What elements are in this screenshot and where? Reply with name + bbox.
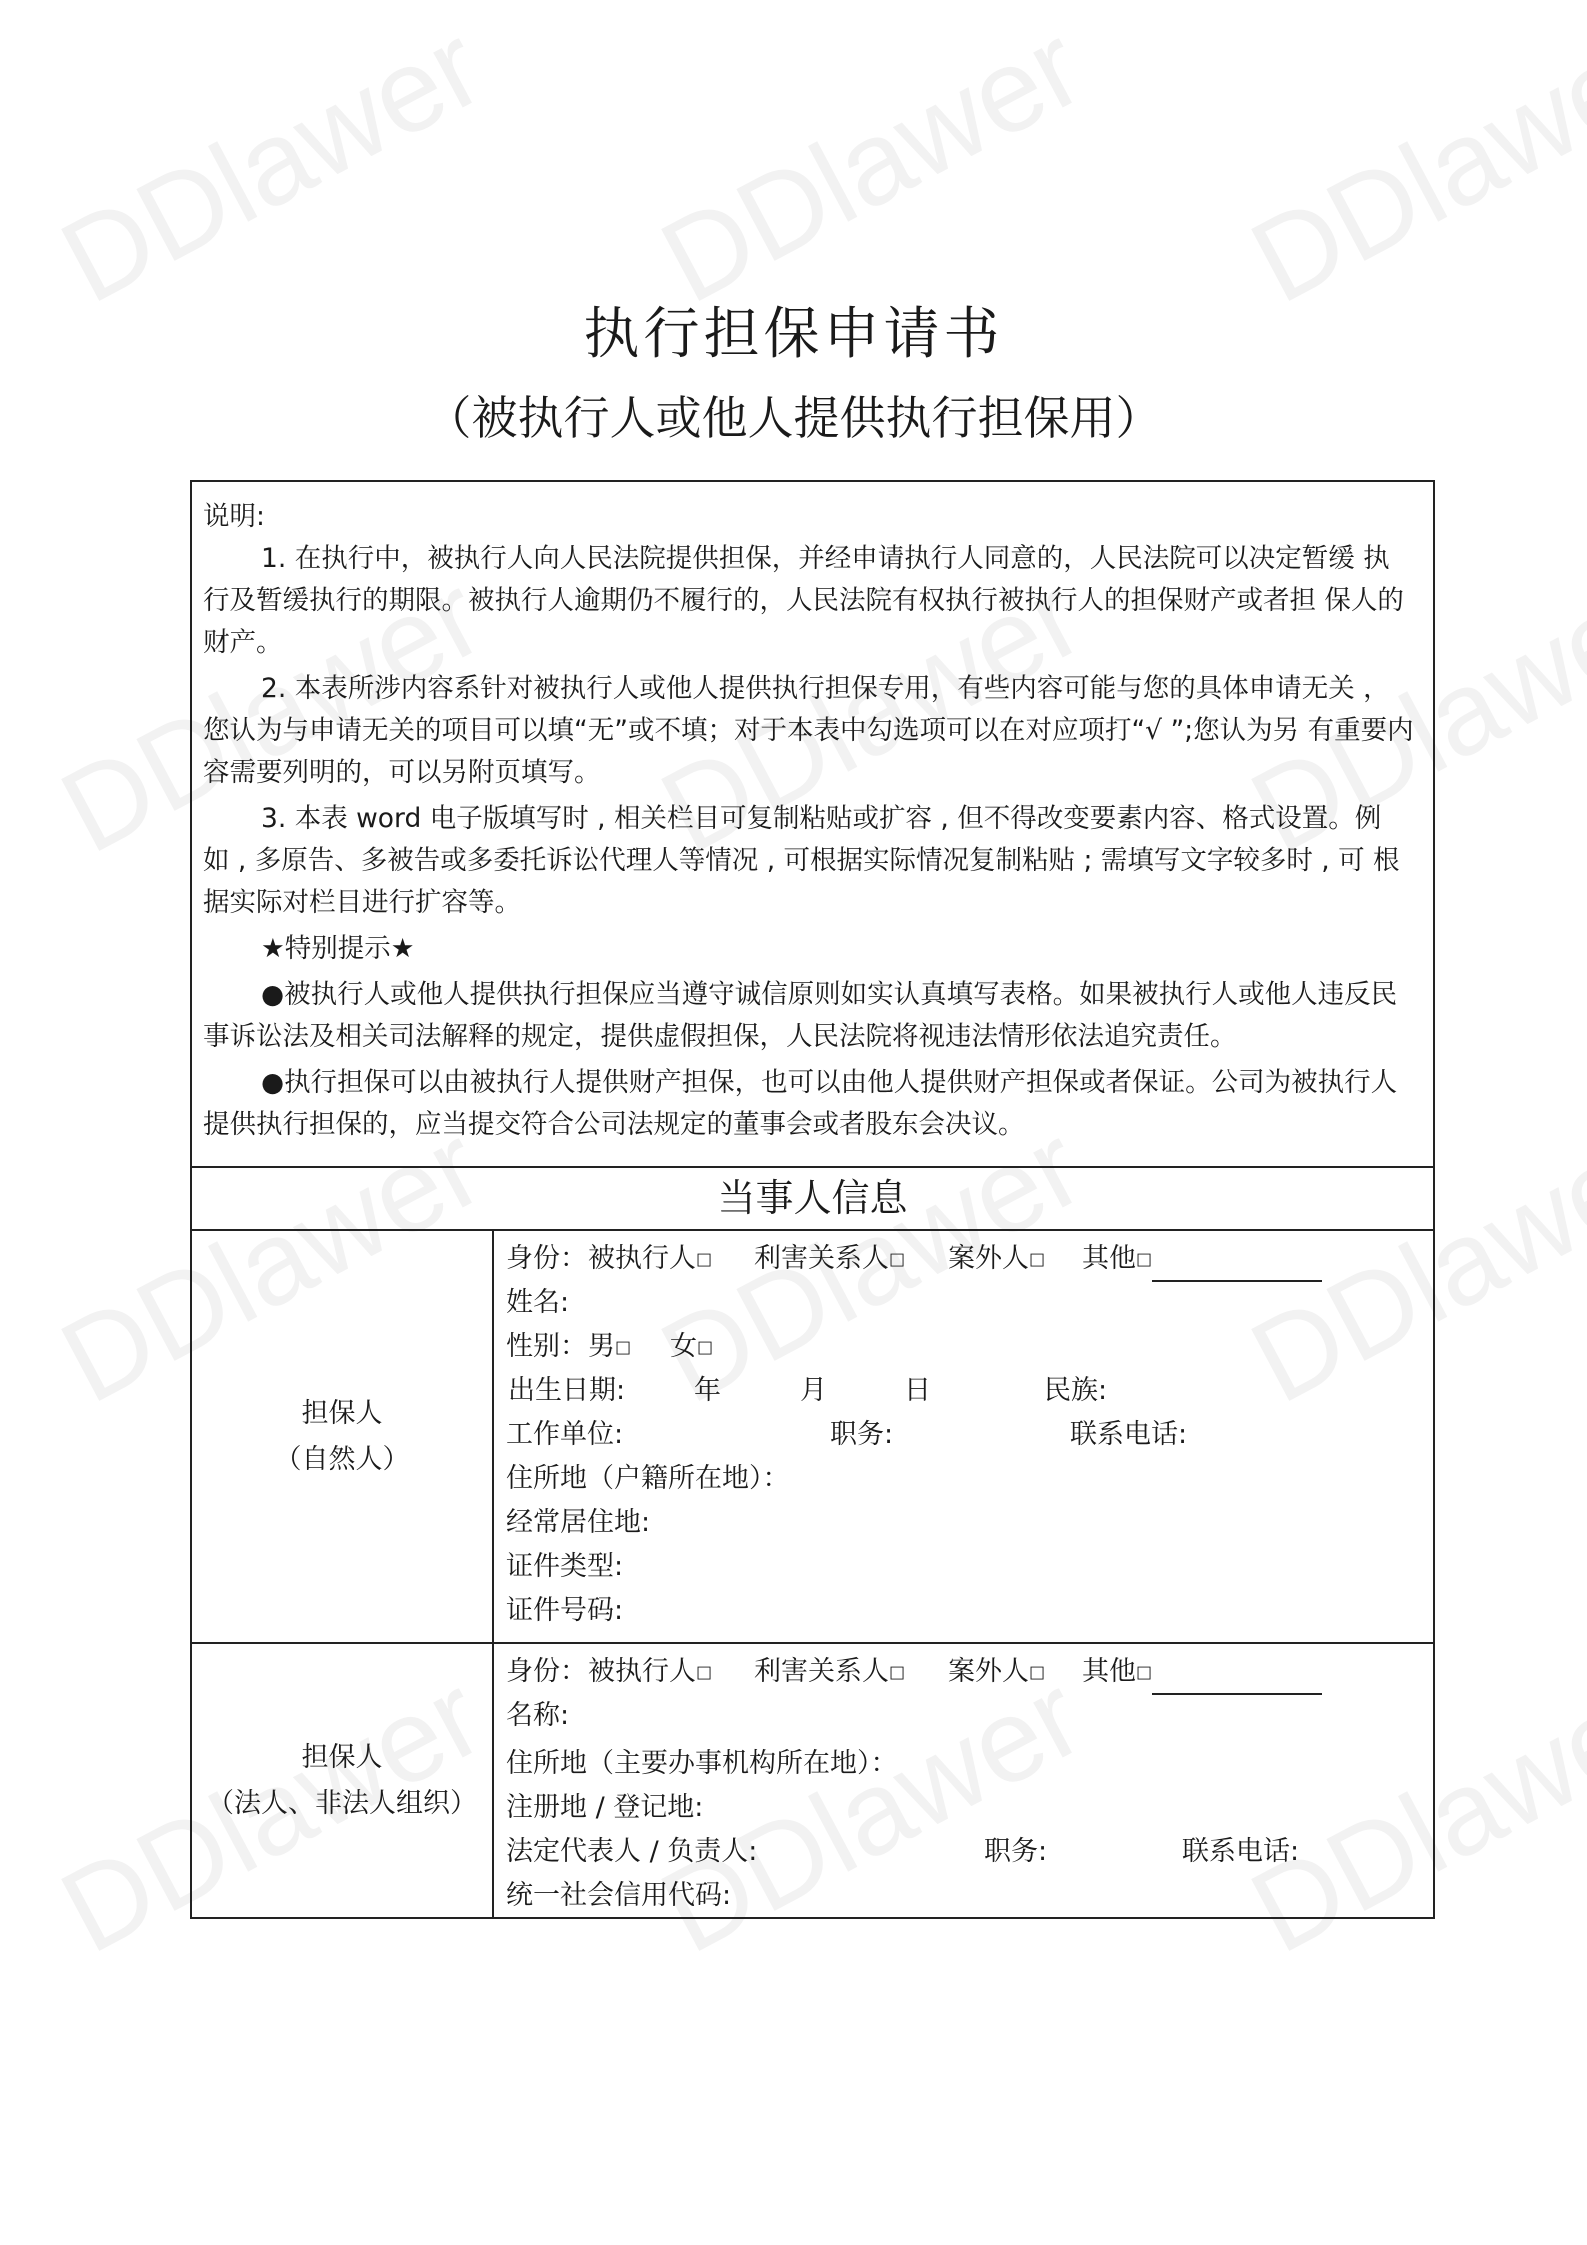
instruction-item: 2. 本表所涉内容系针对被执行人或他人提供执行担保专用，有些内容可能与您的具体申… <box>203 668 1415 794</box>
gender-field: 性别： 男□ 女□ <box>506 1325 1433 1369</box>
registered-place-label: 注册地 / 登记地: <box>506 1786 703 1830</box>
checkbox-icon[interactable]: □ <box>889 1663 905 1683</box>
watermark: DDlawer <box>1230 0 1587 330</box>
birth-date-label: 出生日期: <box>508 1369 625 1413</box>
employer-label: 工作单位: <box>506 1413 623 1457</box>
org-domicile-label: 住所地（主要办事机构所在地）： <box>506 1742 898 1786</box>
domicile-label: 住所地（户籍所在地）： <box>506 1457 790 1501</box>
checkbox-icon[interactable]: □ <box>697 1338 713 1358</box>
special-notice-heading: ★特别提示★ <box>203 928 1415 970</box>
watermark: DDlawer <box>640 0 1103 330</box>
watermark: DDlawer <box>40 0 503 330</box>
credit-code-label: 统一社会信用代码: <box>506 1874 731 1918</box>
checkbox-icon[interactable]: □ <box>696 1250 712 1270</box>
phone-label: 联系电话: <box>1070 1413 1187 1457</box>
residence-label: 经常居住地: <box>506 1501 650 1545</box>
identity-label: 身份： <box>506 1650 587 1694</box>
checkbox-icon[interactable]: □ <box>1029 1250 1045 1270</box>
id-type-label: 证件类型: <box>506 1545 623 1589</box>
identity-option-interested-party[interactable]: 利害关系人□ <box>754 1237 905 1282</box>
identity-field: 身份： 被执行人□ 利害关系人□ 案外人□ 其他□ <box>506 1237 1433 1281</box>
checkbox-icon[interactable]: □ <box>1136 1250 1152 1270</box>
option-label: 案外人 <box>948 1656 1029 1687</box>
guarantor-type-label: （法人、非法人组织） <box>207 1781 477 1827</box>
identity-option-judgment-debtor[interactable]: 被执行人□ <box>588 1650 712 1695</box>
checkbox-icon[interactable]: □ <box>696 1663 712 1683</box>
option-label: 利害关系人 <box>754 1656 889 1687</box>
checkbox-icon[interactable]: □ <box>1136 1663 1152 1683</box>
special-notice-item: ●执行担保可以由被执行人提供财产担保，也可以由他人提供财产担保或者保证。公司为被… <box>203 1062 1415 1146</box>
option-label: 女 <box>670 1331 697 1362</box>
name-field[interactable]: 姓名: <box>506 1281 1433 1325</box>
org-domicile-field[interactable]: 住所地（主要办事机构所在地）： <box>506 1742 1433 1786</box>
gender-option-male[interactable]: 男□ <box>588 1325 631 1370</box>
identity-option-outsider[interactable]: 案外人□ <box>948 1237 1045 1282</box>
document-title: 执行担保申请书 <box>0 290 1587 370</box>
ethnicity-label: 民族: <box>1044 1369 1107 1413</box>
legal-person-guarantor-row: 担保人 （法人、非法人组织） 身份： 被执行人□ 利害关系人□ 案外人□ 其他□… <box>192 1644 1433 1917</box>
option-label: 被执行人 <box>588 1656 696 1687</box>
special-notice-item: ●被执行人或他人提供执行担保应当遵守诚信原则如实认真填写表格。如果被执行人或他人… <box>203 974 1415 1058</box>
instruction-item: 1. 在执行中，被执行人向人民法院提供担保，并经申请执行人同意的，人民法院可以决… <box>203 538 1415 664</box>
org-name-field[interactable]: 名称: <box>506 1694 1433 1738</box>
legal-person-fields: 身份： 被执行人□ 利害关系人□ 案外人□ 其他□ 名称: 住所地（主要办事机构… <box>494 1644 1433 1917</box>
identity-field: 身份： 被执行人□ 利害关系人□ 案外人□ 其他□ <box>506 1650 1433 1694</box>
natural-person-fields: 身份： 被执行人□ 利害关系人□ 案外人□ 其他□ 姓名: 性别： 男□ 女□ … <box>494 1231 1433 1642</box>
id-type-field[interactable]: 证件类型: <box>506 1545 1433 1589</box>
identity-option-other[interactable]: 其他□ <box>1082 1650 1322 1695</box>
identity-label: 身份： <box>506 1237 587 1281</box>
id-number-label: 证件号码: <box>506 1589 623 1633</box>
gender-label: 性别： <box>506 1325 587 1369</box>
representative-field[interactable]: 法定代表人 / 负责人: 职务: 联系电话: <box>506 1830 1433 1874</box>
identity-option-other[interactable]: 其他□ <box>1082 1237 1322 1282</box>
identity-option-judgment-debtor[interactable]: 被执行人□ <box>588 1237 712 1282</box>
option-label: 其他 <box>1082 1243 1136 1274</box>
id-number-field[interactable]: 证件号码: <box>506 1589 1433 1633</box>
natural-person-label-cell: 担保人 （自然人） <box>192 1231 494 1642</box>
representative-label: 法定代表人 / 负责人: <box>506 1830 757 1874</box>
phone-label: 联系电话: <box>1182 1830 1299 1874</box>
checkbox-icon[interactable]: □ <box>615 1338 631 1358</box>
identity-option-interested-party[interactable]: 利害关系人□ <box>754 1650 905 1695</box>
name-label: 姓名: <box>506 1281 569 1325</box>
guarantor-type-label: （自然人） <box>275 1437 410 1483</box>
residence-field[interactable]: 经常居住地: <box>506 1501 1433 1545</box>
option-label: 案外人 <box>948 1243 1029 1274</box>
other-identity-blank[interactable] <box>1152 1250 1322 1282</box>
employer-field[interactable]: 工作单位: 职务: 联系电话: <box>506 1413 1433 1457</box>
application-form-table: 说明: 1. 在执行中，被执行人向人民法院提供担保，并经申请执行人同意的，人民法… <box>190 480 1435 1919</box>
legal-person-label-cell: 担保人 （法人、非法人组织） <box>192 1644 494 1917</box>
gender-option-female[interactable]: 女□ <box>670 1325 713 1370</box>
checkbox-icon[interactable]: □ <box>889 1250 905 1270</box>
option-label: 被执行人 <box>588 1243 696 1274</box>
day-label: 日 <box>904 1369 931 1413</box>
position-label: 职务: <box>984 1830 1047 1874</box>
instruction-item: 3. 本表 word 电子版填写时 , 相关栏目可复制粘贴或扩容 , 但不得改变… <box>203 798 1415 924</box>
checkbox-icon[interactable]: □ <box>1029 1663 1045 1683</box>
option-label: 男 <box>588 1331 615 1362</box>
guarantor-label: 担保人 <box>302 1391 383 1437</box>
other-identity-blank[interactable] <box>1152 1663 1322 1695</box>
registered-place-field[interactable]: 注册地 / 登记地: <box>506 1786 1433 1830</box>
instructions-section: 说明: 1. 在执行中，被执行人向人民法院提供担保，并经申请执行人同意的，人民法… <box>192 482 1433 1168</box>
position-label: 职务: <box>830 1413 893 1457</box>
option-label: 其他 <box>1082 1656 1136 1687</box>
guarantor-label: 担保人 <box>302 1735 383 1781</box>
natural-person-guarantor-row: 担保人 （自然人） 身份： 被执行人□ 利害关系人□ 案外人□ 其他□ 姓名: … <box>192 1231 1433 1644</box>
identity-option-outsider[interactable]: 案外人□ <box>948 1650 1045 1695</box>
domicile-field[interactable]: 住所地（户籍所在地）： <box>506 1457 1433 1501</box>
document-subtitle: （被执行人或他人提供执行担保用） <box>0 382 1587 448</box>
birth-date-field[interactable]: 出生日期: 年 月 日 民族: <box>506 1369 1433 1413</box>
org-name-label: 名称: <box>506 1694 569 1738</box>
year-label: 年 <box>694 1369 721 1413</box>
credit-code-field[interactable]: 统一社会信用代码: <box>506 1874 1433 1918</box>
month-label: 月 <box>800 1369 827 1413</box>
option-label: 利害关系人 <box>754 1243 889 1274</box>
instructions-heading: 说明: <box>203 496 1415 538</box>
party-info-heading: 当事人信息 <box>192 1168 1433 1231</box>
